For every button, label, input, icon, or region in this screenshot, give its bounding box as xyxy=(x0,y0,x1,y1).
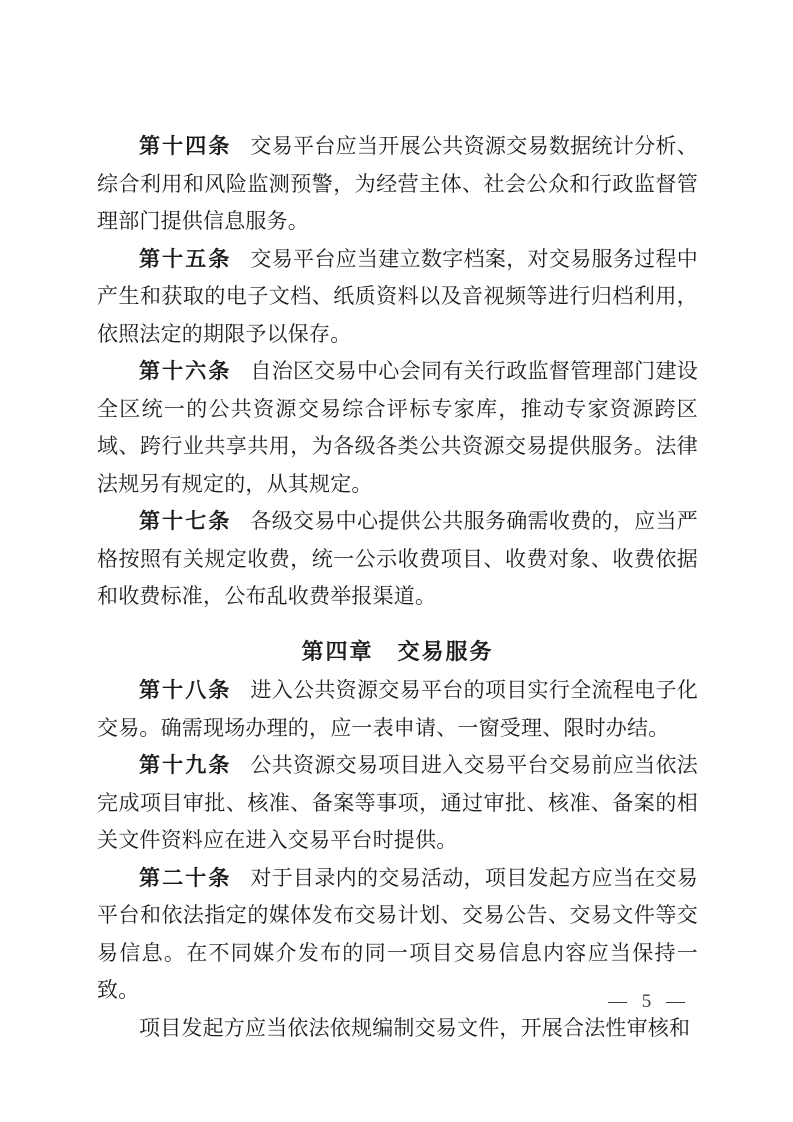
article-paragraph: 第二十条对于目录内的交易活动，项目发起方应当在交易平台和依法指定的媒体发布交易计… xyxy=(97,860,698,1010)
continuation-paragraph: 项目发起方应当依法依规编制交易文件，开展合法性审核和 xyxy=(97,1010,698,1048)
article-paragraph: 第十八条进入公共资源交易平台的项目实行全流程电子化交易。确需现场办理的，应一表申… xyxy=(97,672,698,747)
article-paragraph: 第十四条交易平台应当开展公共资源交易数据统计分析、综合利用和风险监测预警，为经营… xyxy=(97,128,698,241)
chapter-heading: 第四章 交易服务 xyxy=(97,633,698,671)
article-number-label: 第十八条 xyxy=(139,679,231,702)
page-number: — 5 — xyxy=(608,991,690,1013)
article-paragraph: 第十七条各级交易中心提供公共服务确需收费的，应当严格按照有关规定收费，统一公示收… xyxy=(97,503,698,616)
article-paragraph: 第十九条公共资源交易项目进入交易平台交易前应当依法完成项目审批、核准、备案等事项… xyxy=(97,747,698,860)
article-number-label: 第二十条 xyxy=(139,867,231,890)
document-content: 第十四条交易平台应当开展公共资源交易数据统计分析、综合利用和风险监测预警，为经营… xyxy=(97,128,698,1047)
article-number-label: 第十四条 xyxy=(139,135,231,158)
article-paragraph: 第十六条自治区交易中心会同有关行政监督管理部门建设全区统一的公共资源交易综合评标… xyxy=(97,353,698,503)
article-paragraph: 第十五条交易平台应当建立数字档案，对交易服务过程中产生和获取的电子文档、纸质资料… xyxy=(97,241,698,354)
document-page: 第十四条交易平台应当开展公共资源交易数据统计分析、综合利用和风险监测预警，为经营… xyxy=(0,0,793,1122)
article-number-label: 第十六条 xyxy=(139,360,231,383)
article-number-label: 第十七条 xyxy=(139,510,231,533)
article-number-label: 第十五条 xyxy=(139,248,231,271)
article-number-label: 第十九条 xyxy=(139,754,231,777)
